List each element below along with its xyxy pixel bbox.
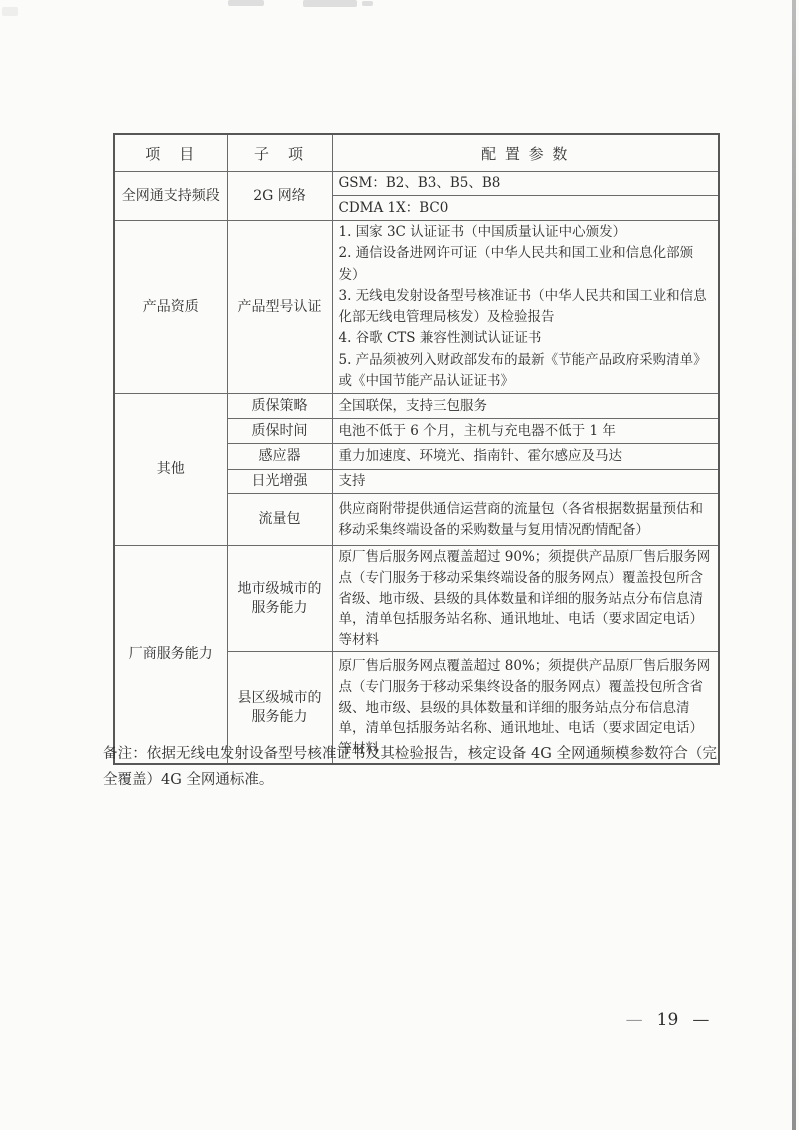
table-header-row: 项 目 子 项 配 置 参 数 (114, 134, 719, 172)
page-number-value: 19 (657, 1010, 679, 1030)
header-sub-column: 子 项 (227, 134, 332, 172)
cell-daylight-enhance-value: 支持 (332, 470, 719, 494)
cell-data-package: 流量包 (227, 494, 332, 546)
cell-sensors-value: 重力加速度、环境光、指南针、霍尔感应及马达 (332, 444, 719, 470)
cell-daylight-enhance: 日光增强 (227, 470, 332, 494)
cell-city-service: 地市级城市的 服务能力 (227, 546, 332, 652)
page-number-dash-left: — (626, 1010, 643, 1030)
document-page: 项 目 子 项 配 置 参 数 全网通支持频段 2G 网络 GSM：B2、B3、… (0, 0, 799, 1130)
cell-data-package-value: 供应商附带提供通信运营商的流量包（各省根据数据量预估和移动采集终端设备的采购数量… (332, 494, 719, 546)
scan-edge-artifact (792, 0, 796, 1130)
table-row: 产品资质 产品型号认证 1. 国家 3C 认证证书（中国质量认证中心颁发） 2.… (114, 221, 719, 394)
table-row: 全网通支持频段 2G 网络 GSM：B2、B3、B5、B8 (114, 172, 719, 196)
cell-certification-list: 1. 国家 3C 认证证书（中国质量认证中心颁发） 2. 通信设备进网许可证（中… (332, 221, 719, 394)
cell-warranty-policy-value: 全国联保，支持三包服务 (332, 394, 719, 419)
page-number: —19— (615, 1010, 720, 1030)
cell-city-service-value: 原厂售后服务网点覆盖超过 90%；须提供产品原厂售后服务网点（专门服务于移动采集… (332, 546, 719, 652)
scan-smudge (362, 1, 373, 6)
scan-smudge (2, 7, 18, 16)
header-item-column: 项 目 (114, 134, 227, 172)
table-row: 厂商服务能力 地市级城市的 服务能力 原厂售后服务网点覆盖超过 90%；须提供产… (114, 546, 719, 652)
cell-others: 其他 (114, 394, 227, 546)
cell-warranty-time: 质保时间 (227, 419, 332, 444)
cell-warranty-policy: 质保策略 (227, 394, 332, 419)
cell-band-support: 全网通支持频段 (114, 172, 227, 221)
remark-note: 备注：依据无线电发射设备型号核准证书及其检验报告，核定设备 4G 全网通频模参数… (103, 741, 717, 793)
cell-vendor-service: 厂商服务能力 (114, 546, 227, 765)
cell-product-qualification: 产品资质 (114, 221, 227, 394)
cell-warranty-time-value: 电池不低于 6 个月，主机与充电器不低于 1 年 (332, 419, 719, 444)
scan-smudge (228, 0, 264, 6)
page-number-dash-right: — (692, 1010, 709, 1030)
cell-gsm-bands: GSM：B2、B3、B5、B8 (332, 172, 719, 196)
spec-table: 项 目 子 项 配 置 参 数 全网通支持频段 2G 网络 GSM：B2、B3、… (113, 133, 720, 765)
cell-model-certification: 产品型号认证 (227, 221, 332, 394)
cell-sensors: 感应器 (227, 444, 332, 470)
header-param-column: 配 置 参 数 (332, 134, 719, 172)
scan-smudge (303, 0, 357, 7)
cell-cdma-bands: CDMA 1X：BC0 (332, 196, 719, 221)
cell-2g-network: 2G 网络 (227, 172, 332, 221)
table-row: 其他 质保策略 全国联保，支持三包服务 (114, 394, 719, 419)
